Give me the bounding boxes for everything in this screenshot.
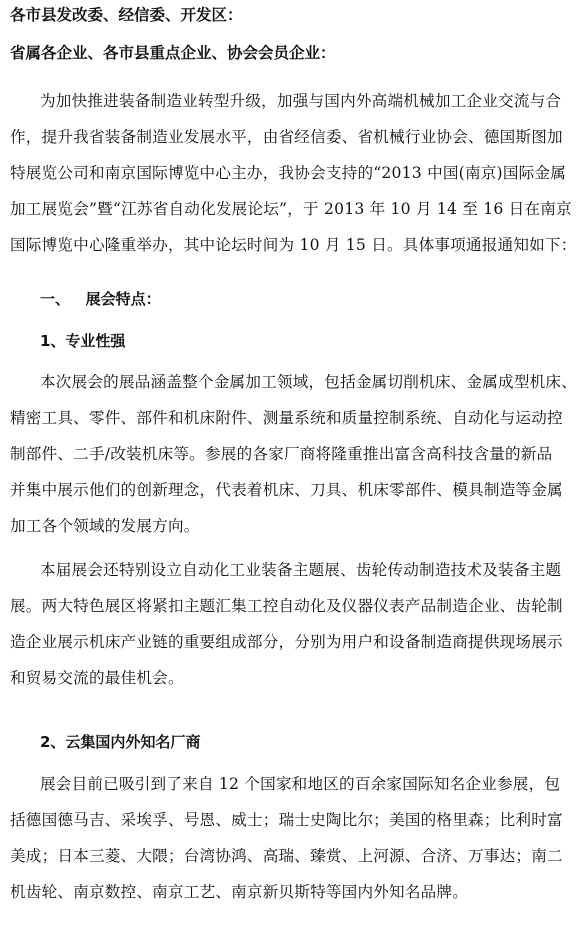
addressee-line-1: 各市县发改委、经信委、开发区： bbox=[10, 5, 243, 25]
subsection-1-paragraph-2-line: 造企业展示机床产业链的重要组成部分，分别为用户和设备制造商提供现场展示 bbox=[10, 632, 563, 652]
subsection-1-paragraph-2-line: 本届展会还特别设立自动化工业装备主题展、齿轮传动制造技术及装备主题 bbox=[40, 560, 561, 580]
subsection-1-paragraph-line: 并集中展示他们的创新理念，代表着机床、刀具、机床零部件、模具制造等金属 bbox=[10, 480, 563, 500]
subsection-2-heading: 2、云集国内外知名厂商 bbox=[40, 732, 200, 752]
intro-paragraph-line: 加工展览会”暨“江苏省自动化发展论坛”，于 2013 年 10 月 14 至 1… bbox=[10, 199, 572, 219]
subsection-2-paragraph-line: 机齿轮、南京数控、南京工艺、南京新贝斯特等国内外知名品牌。 bbox=[10, 882, 468, 902]
intro-paragraph-line: 国际博览中心隆重举办，其中论坛时间为 10 月 15 日。具体事项通报通知如下： bbox=[10, 235, 577, 255]
subsection-1-paragraph-2-line: 和贸易交流的最佳机会。 bbox=[10, 668, 184, 688]
subsection-1-paragraph-line: 加工各个领域的发展方向。 bbox=[10, 516, 200, 536]
subsection-1-paragraph-line: 本次展会的展品涵盖整个金属加工领域，包括金属切削机床、金属成型机床、 bbox=[40, 372, 577, 392]
intro-paragraph-line: 为加快推进装备制造业转型升级，加强与国内外高端机械加工企业交流与合 bbox=[40, 91, 561, 111]
intro-paragraph-line: 作，提升我省装备制造业发展水平，由省经信委、省机械行业协会、德国斯图加 bbox=[10, 127, 563, 147]
subsection-2-paragraph-line: 美成；日本三菱、大隈；台湾协鸿、高瑞、臻赏、上河源、合济、万事达；南二 bbox=[10, 846, 563, 866]
subsection-1-paragraph-line: 精密工具、零件、部件和机床附件、测量系统和质量控制系统、自动化与运动控 bbox=[10, 408, 563, 428]
addressee-line-2: 省属各企业、各市县重点企业、协会会员企业： bbox=[10, 43, 336, 63]
subsection-2-paragraph-line: 括德国德马吉、采埃孚、号恩、威士；瑞士史陶比尔；美国的格里森；比利时富 bbox=[10, 810, 563, 830]
subsection-2-paragraph-line: 展会目前已吸引到了来自 12 个国家和地区的百余家国际知名企业参展，包 bbox=[40, 774, 560, 794]
intro-paragraph-line: 特展览公司和南京国际博览中心主办，我协会支持的“2013 中国(南京)国际金属 bbox=[10, 163, 566, 183]
subsection-1-paragraph-line: 制部件、二手/改装机床等。参展的各家厂商将隆重推出富含高科技含量的新品 bbox=[10, 444, 552, 464]
subsection-1-paragraph-2-line: 展。两大特色展区将紧扣主题汇集工控自动化及仪器仪表产品制造企业、齿轮制 bbox=[10, 596, 563, 616]
section-1-heading: 一、 展会特点： bbox=[40, 289, 161, 309]
subsection-1-heading: 1、专业性强 bbox=[40, 331, 125, 351]
